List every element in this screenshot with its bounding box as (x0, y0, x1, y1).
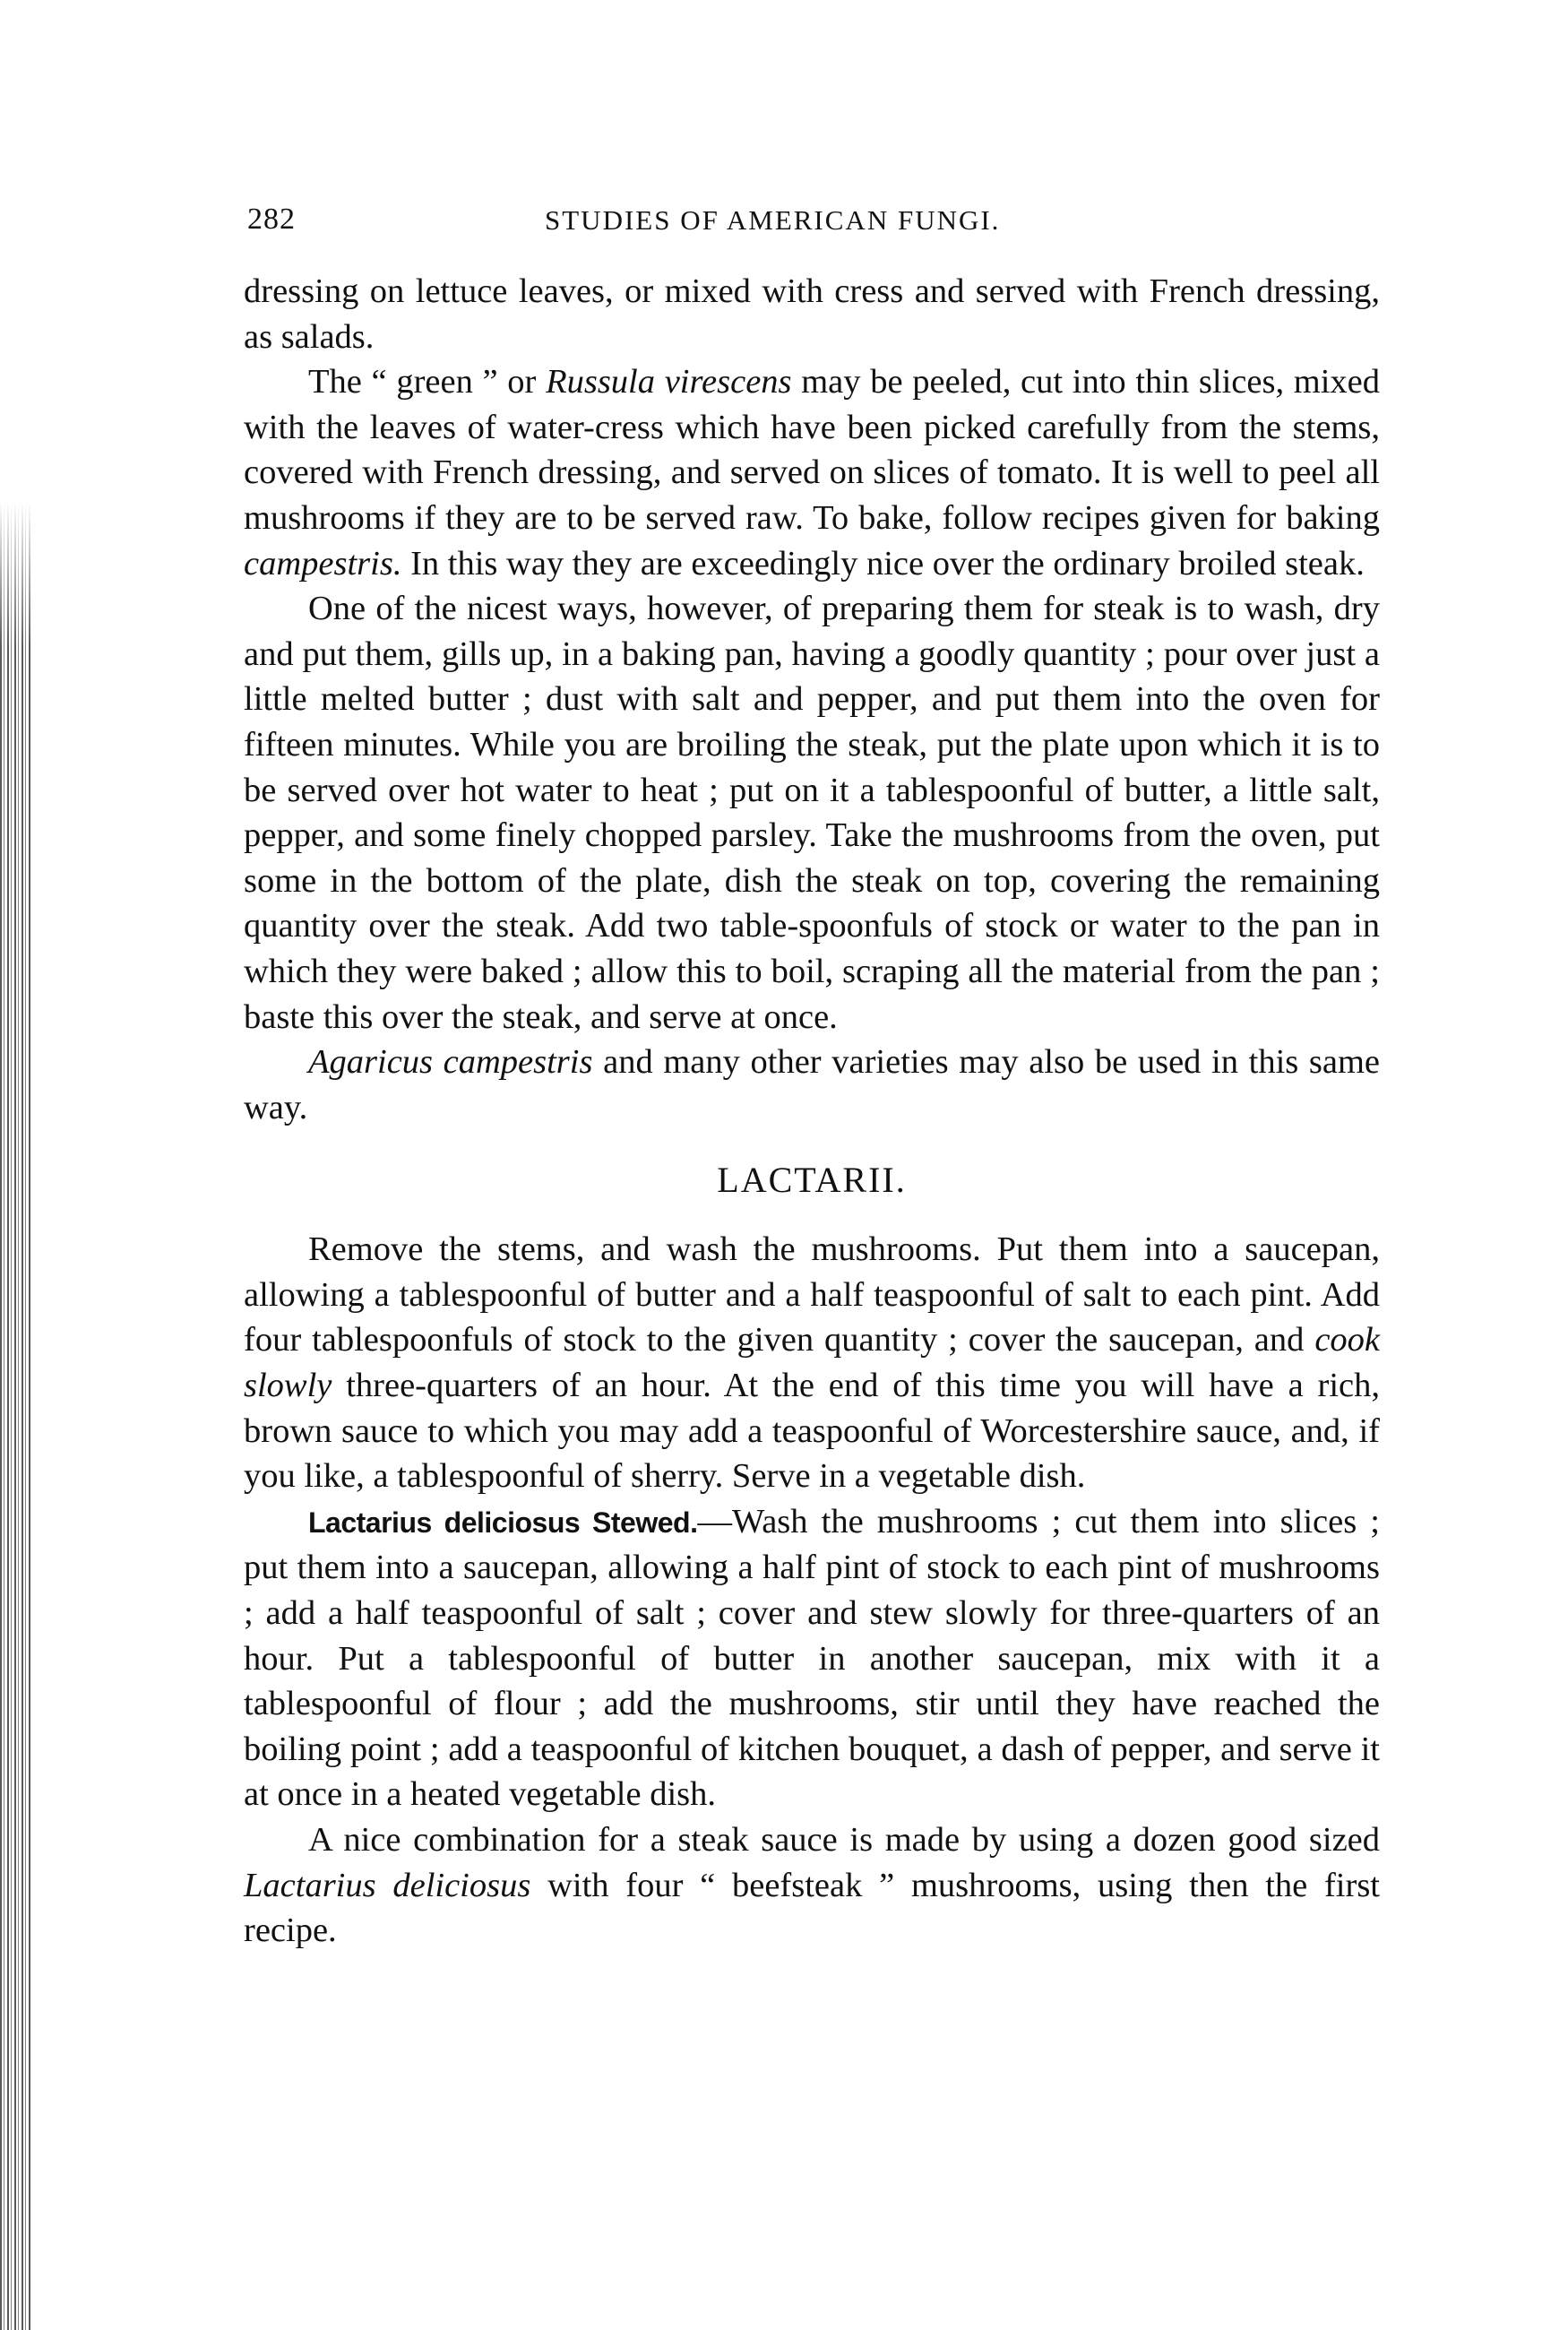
species-name: Lactarius deliciosus (244, 1867, 530, 1904)
paragraph-text: three-quarters of an hour. At the end of… (244, 1367, 1380, 1495)
body-text: dressing on lettuce leaves, or mixed wit… (244, 269, 1380, 1954)
species-name: campestris. (244, 545, 401, 582)
paragraph-text: The “ green ” or (308, 363, 546, 401)
running-head: 282 STUDIES OF AMERICAN FUNGI. (244, 203, 1380, 247)
scan-binding-edge (0, 502, 30, 2330)
running-title: STUDIES OF AMERICAN FUNGI. (545, 204, 1000, 237)
paragraph-russula: The “ green ” or Russula virescens may b… (244, 359, 1380, 586)
species-name: Agaricus campestris (308, 1043, 592, 1081)
paragraph-lactarius-stewed: Lactarius deliciosus Stewed.—Wash the mu… (244, 1499, 1380, 1817)
paragraph-text: Remove the stems, and wash the mushrooms… (244, 1230, 1380, 1359)
paragraph-steak-sauce: A nice combination for a steak sauce is … (244, 1817, 1380, 1954)
paragraph-steak: One of the nicest ways, however, of prep… (244, 586, 1380, 1040)
paragraph-agaricus: Agaricus campestris and many other varie… (244, 1040, 1380, 1130)
paragraph-text: A nice combination for a steak sauce is … (308, 1821, 1380, 1859)
species-name: Russula virescens (546, 363, 791, 401)
page-number: 282 (247, 203, 296, 237)
paragraph-text: dressing on lettuce leaves, or mixed wit… (244, 272, 1380, 356)
paragraph-text: In this way they are exceedingly nice ov… (401, 545, 1364, 582)
paragraph-continuation: dressing on lettuce leaves, or mixed wit… (244, 269, 1380, 359)
paragraph-text: One of the nicest ways, however, of prep… (244, 590, 1380, 1035)
recipe-title: Lactarius deliciosus Stewed. (308, 1506, 697, 1539)
paragraph-text: —Wash the mushrooms ; cut them into slic… (244, 1503, 1380, 1814)
section-heading: LACTARII. (244, 1153, 1380, 1207)
paragraph-lactarii: Remove the stems, and wash the mushrooms… (244, 1227, 1380, 1499)
